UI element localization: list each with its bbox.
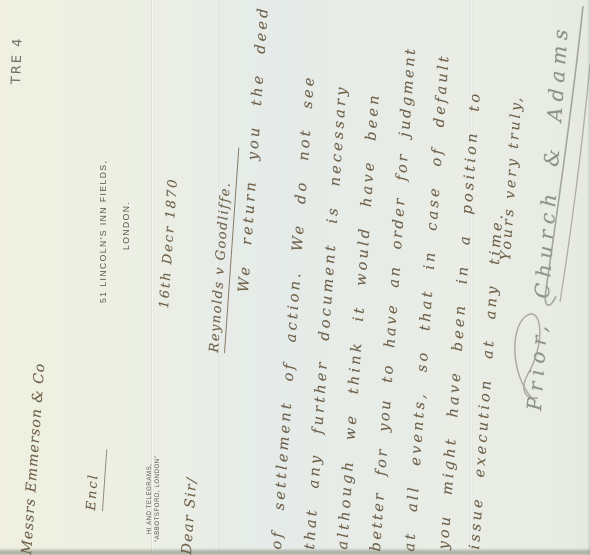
addressee: Messrs Emmerson & Co xyxy=(20,374,47,555)
signature: Prior, Church & Adams xyxy=(524,0,573,411)
letterhead-telegrams-line1: HI AND TELEGRAMS, xyxy=(147,430,153,534)
enclosure-note: Encl xyxy=(85,448,107,511)
letterhead-address-line2: LONDON. xyxy=(122,188,131,250)
scanned-letter: TRE 4 51 LINCOLN'S INN FIELDS, LONDON. H… xyxy=(0,0,590,555)
case-heading: Reynolds v Goodliffe. xyxy=(208,147,239,354)
letterhead-address-line1: 51 LINCOLN'S INN FIELDS, xyxy=(99,149,108,303)
letterhead-telegrams-line2: “ABBOTSFORD, LONDON” xyxy=(155,430,161,542)
body-line-1: We return you the deed xyxy=(237,5,272,293)
letter-date: 16th Decr 1870 xyxy=(158,158,181,309)
salutation: Dear Sir/ xyxy=(180,460,201,555)
scan-bottom-edge xyxy=(0,548,590,555)
archival-mark: TRE 4 xyxy=(10,6,26,84)
